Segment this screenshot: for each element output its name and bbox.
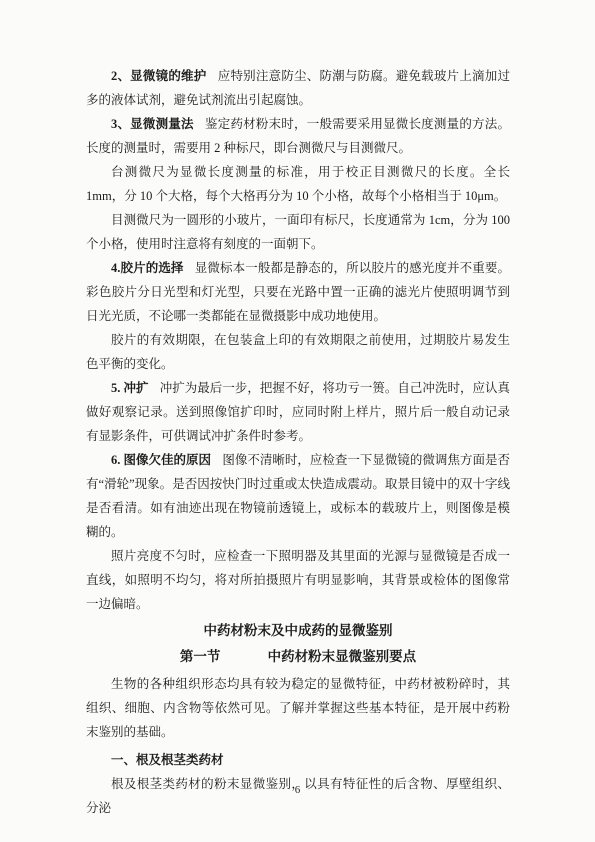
page-number: 6 [0, 784, 595, 796]
paragraph-text: 台测微尺为显微长度测量的标准，用于校正目测微尺的长度。全长 1mm，分 10 个… [86, 165, 510, 203]
paragraph-label: 2、显微镜的维护 [111, 69, 206, 83]
chapter-title: 中药材粉末及中成药的显微鉴别 [86, 618, 510, 644]
paragraph-text: 照片亮度不匀时，应检查一下照明器及其里面的光源与显微镜是否成一直线，如照明不均匀… [86, 549, 510, 611]
paragraph-text: 生物的各种组织形态均具有较为稳定的显微特征，中药材被粉碎时，其组织、细胞、内含物… [86, 677, 510, 739]
section-label: 第一节 [180, 649, 221, 664]
paragraph-label: 3、显微测量法 [111, 117, 194, 131]
section-heading: 第一节中药材粉末显微鉴别要点 [86, 644, 510, 670]
paragraph: 根及根茎类药材的粉末显微鉴别，以具有特征性的后含物、厚壁组织、分泌 [86, 772, 510, 820]
paragraph-label: 5. 冲扩 [111, 381, 149, 395]
paragraph-text: 胶片的有效期限，在包装盒上印的有效期限之前使用，过期胶片易发生色平衡的变化。 [86, 333, 510, 371]
paragraph-label: 4.胶片的选择 [111, 261, 184, 275]
paragraph: 目测微尺为一圆形的小玻片，一面印有标尺，长度通常为 1cm，分为 100 个小格… [86, 208, 510, 256]
paragraph: 照片亮度不匀时，应检查一下照明器及其里面的光源与显微镜是否成一直线，如照明不均匀… [86, 544, 510, 616]
subsection-title: 一、根及根茎类药材 [86, 748, 510, 772]
paragraph: 2、显微镜的维护应特别注意防尘、防潮与防腐。避免载玻片上滴加过多的液体试剂，避免… [86, 64, 510, 112]
paragraph: 4.胶片的选择显微标本一般都是静态的，所以胶片的感光度并不重要。彩色胶片分日光型… [86, 256, 510, 328]
paragraph: 胶片的有效期限，在包装盒上印的有效期限之前使用，过期胶片易发生色平衡的变化。 [86, 328, 510, 376]
document-page: 2、显微镜的维护应特别注意防尘、防潮与防腐。避免载玻片上滴加过多的液体试剂，避免… [0, 0, 595, 842]
paragraph: 生物的各种组织形态均具有较为稳定的显微特征，中药材被粉碎时，其组织、细胞、内含物… [86, 672, 510, 744]
paragraph-text: 目测微尺为一圆形的小玻片，一面印有标尺，长度通常为 1cm，分为 100 个小格… [86, 213, 510, 251]
paragraph: 台测微尺为显微长度测量的标准，用于校正目测微尺的长度。全长 1mm，分 10 个… [86, 160, 510, 208]
paragraph-text: 冲扩为最后一步，把握不好，将功亏一篑。自己冲洗时，应认真做好观察记录。送到照像馆… [86, 381, 510, 443]
text-column: 2、显微镜的维护应特别注意防尘、防潮与防腐。避免载玻片上滴加过多的液体试剂，避免… [86, 64, 510, 820]
paragraph-label: 6. 图像欠佳的原因 [111, 453, 211, 467]
paragraph: 3、显微测量法鉴定药材粉末时，一般需要采用显微长度测量的方法。长度的测量时，需要… [86, 112, 510, 160]
paragraph-text: 根及根茎类药材的粉末显微鉴别，以具有特征性的后含物、厚壁组织、分泌 [86, 777, 510, 815]
paragraph: 6. 图像欠佳的原因图像不清晰时，应检查一下显微镜的微调焦方面是否有“滑轮”现象… [86, 448, 510, 544]
section-title: 中药材粉末显微鉴别要点 [268, 649, 417, 664]
paragraph: 5. 冲扩冲扩为最后一步，把握不好，将功亏一篑。自己冲洗时，应认真做好观察记录。… [86, 376, 510, 448]
